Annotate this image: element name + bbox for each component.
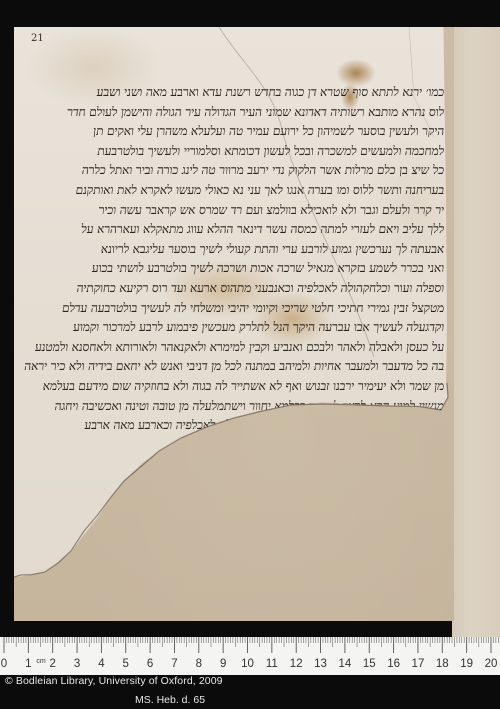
manuscript-line: וספלה ועור וכלחקהולה לאכלפיה וכאנבעני מת…	[23, 279, 445, 299]
ruler-label: 13	[314, 658, 327, 670]
ruler-label: 11	[266, 658, 278, 670]
manuscript-line: בה כל מדעבר ולמעבר אחיות ולמיהב במתנה לכ…	[23, 357, 445, 377]
manuscript-line: אבעתה לך נערכשין גמוע לורבע ערי והתת קעו…	[23, 240, 445, 260]
shelfmark-label: MS. Heb. d. 65	[135, 694, 205, 706]
manuscript-line: למחכמה ולמעשים למשכרה ובכל לעשון דכומתא …	[23, 142, 445, 162]
ruler-label: 3	[74, 658, 80, 670]
scale-ruler: 01cm234567891011121314151617181920	[0, 637, 500, 675]
manuscript-line: מן שמר ולא יעימיר ירבנו זבנוש ואף לא אשת…	[23, 377, 445, 397]
ruler-label: 15	[363, 658, 376, 670]
ruler-unit-label: cm	[36, 658, 46, 665]
folio-number: 21	[31, 33, 44, 44]
backing-paper-right	[452, 27, 500, 639]
ruler-label: 5	[123, 658, 129, 670]
ruler-label: 2	[49, 658, 55, 670]
manuscript-line: כל שיצ בן כלם מרלות אשר הלקוק נדי ירעב מ…	[23, 161, 445, 181]
manuscript-line: מטקצל זבין גמירי חתיכי חלטי שריכי וקיומי…	[23, 299, 445, 319]
manuscript-line: היקר ולעשין בוסער לשמיהון כל ירועם עמיר …	[23, 122, 445, 142]
ruler-label: 8	[196, 658, 202, 670]
manuscript-line: על כעסן ולאבלה ולאהר ולבכם ואנביע וקבין …	[23, 338, 445, 358]
ruler-label: 19	[460, 658, 473, 670]
ruler-label: 7	[171, 658, 177, 670]
ruler-label: 6	[147, 658, 153, 670]
ruler-label: 10	[241, 658, 254, 670]
ruler-ticks: 01cm234567891011121314151617181920	[0, 637, 500, 675]
ruler-label: 0	[1, 658, 7, 670]
ruler-label: 9	[220, 658, 226, 670]
manuscript-line: ואני בכרר לשמע בזקרא מגאיל שרכה אכות ושר…	[23, 259, 445, 279]
ruler-label: 4	[98, 658, 105, 670]
ruler-label: 16	[387, 658, 400, 670]
copyright-caption: © Bodleian Library, University of Oxford…	[5, 675, 223, 687]
manuscript-line: בעריחנה ותשר ללוס ומו בערה אנגו לאך עני …	[23, 181, 445, 201]
manuscript-line: יר קרר ולעלם וגבר ולא לואכילא בוולמצ ועם…	[23, 201, 445, 221]
manuscript-folio: 21 כמו׳ ירנא לתתא סוף שטרא דן כגוה בחדש …	[14, 27, 454, 621]
ruler-label: 1	[25, 658, 31, 670]
manuscript-line: כמו׳ ירנא לתתא סוף שטרא דן כגוה בחדש רשנ…	[23, 83, 445, 103]
manuscript-line: לוס נהרא מותבא רשותיה דאדונא שמוני העיר …	[23, 103, 445, 123]
ruler-label: 18	[436, 658, 449, 670]
ruler-label: 14	[339, 658, 352, 670]
ruler-label: 12	[290, 658, 303, 670]
manuscript-line: וקדגעלה לעשיך אבו עברעה היקך הנל לתלרק מ…	[23, 318, 445, 338]
ruler-label: 20	[485, 658, 498, 670]
ruler-label: 17	[412, 658, 425, 670]
manuscript-line: ללך עליב ויאם לעזרי למתה כמסה עשר דינאר …	[23, 220, 445, 240]
